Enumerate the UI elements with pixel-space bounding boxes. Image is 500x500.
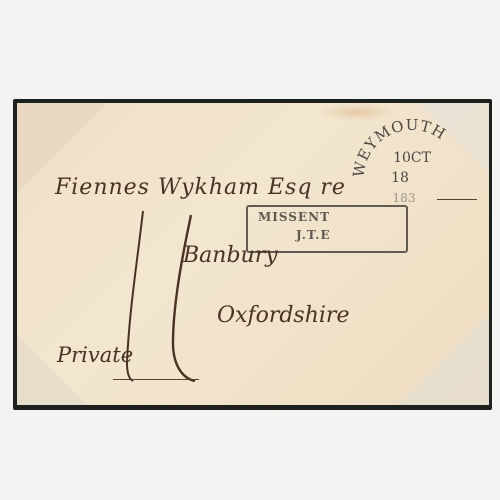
- postmark-lower: 183: [393, 191, 416, 205]
- postal-cover: WEYMOUTH 10CT 18 183 MISSENT J.T.E Fienn…: [17, 103, 489, 405]
- missent-line2: J.T.E: [296, 228, 331, 242]
- postmark-year: 18: [391, 170, 409, 186]
- private-underline: [113, 379, 199, 380]
- private-endorsement: Private: [57, 343, 133, 367]
- fold-corner: [399, 315, 489, 405]
- esq-underline: [437, 199, 477, 200]
- addressee-name: Fiennes Wykham Esq re: [55, 175, 346, 200]
- address-county: Oxfordshire: [217, 303, 349, 328]
- missent-line1: MISSENT: [258, 210, 330, 224]
- postmark-date: 10CT: [393, 150, 432, 166]
